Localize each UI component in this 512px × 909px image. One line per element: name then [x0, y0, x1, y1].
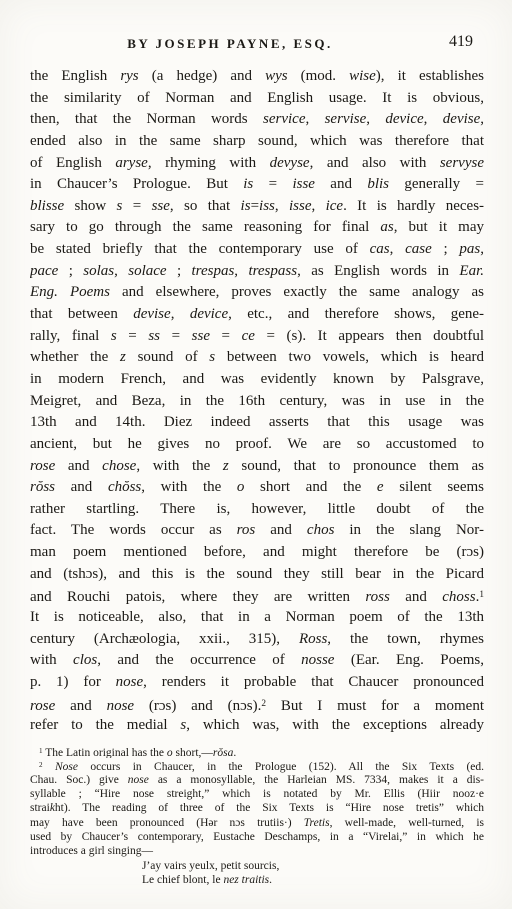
text-line: ancient, but he gives no proof. We are s… — [30, 434, 484, 456]
text-line: of English aryse, rhyming with devyse, a… — [30, 153, 484, 175]
text-line: used by Chaucer’s contemporary, Eustache… — [30, 830, 484, 844]
footnote-2: 2 Nose occurs in Chaucer, in the Prologu… — [30, 758, 484, 858]
scanned-book-page: BY JOSEPH PAYNE, ESQ. 419 the English ry… — [0, 0, 512, 909]
text-line: be stated briefly that the contemporary … — [30, 239, 484, 261]
text-line: century (Archæologia, xxii., 315), Ross,… — [30, 629, 484, 651]
page-number: 419 — [449, 33, 473, 51]
text-line: Meigret, and Beza, in the 16th century, … — [30, 391, 484, 413]
text-line: rather startling. There is, however, lit… — [30, 499, 484, 521]
text-line: pace ; solas, solace ; trespas, trespass… — [30, 261, 484, 283]
text-line: Eng. Poems and elsewhere, proves exactly… — [30, 282, 484, 304]
text-line: 2 Nose occurs in Chaucer, in the Prologu… — [30, 758, 484, 772]
footnotes-section: 1 The Latin original has the o short,—rŏ… — [30, 744, 484, 887]
text-line: It is noticeable, also, that in a Norman… — [30, 607, 484, 629]
text-line: introduces a girl singing— — [30, 844, 484, 858]
text-line: may have been pronounced (Hər nɔs trutii… — [30, 816, 484, 830]
text-line: 1 The Latin original has the o short,—rŏ… — [30, 744, 484, 758]
text-line: in modern French, and was evidently know… — [30, 369, 484, 391]
text-line: refer to the medial s, which was, with t… — [30, 715, 484, 737]
running-header-title: BY JOSEPH PAYNE, ESQ. — [127, 36, 333, 52]
text-line: rŏss and chŏss, with the o short and the… — [30, 477, 484, 499]
text-line: that between devise, device, etc., and t… — [30, 304, 484, 326]
text-line: Le chief blont, le nez traitis. — [30, 873, 484, 887]
text-line: and Rouchi patois, where they are writte… — [30, 585, 484, 607]
text-line: syllable ; “Hire nose streight,” which i… — [30, 787, 484, 801]
text-line: J’ay vairs yeulx, petit sourcis, — [30, 859, 484, 873]
body-text: the English rys (a hedge) and wys (mod. … — [30, 66, 484, 737]
text-line: rally, final s = ss = sse = ce = (s). It… — [30, 326, 484, 348]
text-line: with clos, and the occurrence of nosse (… — [30, 650, 484, 672]
text-line: and (tshɔs), and this is the sound they … — [30, 564, 484, 586]
text-line: whether the z sound of s between two vow… — [30, 347, 484, 369]
text-line: ended also in the same sharp sound, whic… — [30, 131, 484, 153]
text-line: fact. The words occur as ros and chos in… — [30, 520, 484, 542]
text-line: rose and chose, with the z sound, that t… — [30, 456, 484, 478]
text-line: straikht). The reading of three of the S… — [30, 801, 484, 815]
text-line: Chau. Soc.) give nose as a monosyllable,… — [30, 773, 484, 787]
footnote-verse: J’ay vairs yeulx, petit sourcis,Le chief… — [30, 859, 484, 888]
text-line: 13th and 14th. Diez indeed asserts that … — [30, 412, 484, 434]
text-line: man poem mentioned before, and might the… — [30, 542, 484, 564]
text-line: the similarity of Norman and English usa… — [30, 88, 484, 110]
text-line: in Chaucer’s Prologue. But is = isse and… — [30, 174, 484, 196]
text-line: sary to go through the same reasoning fo… — [30, 217, 484, 239]
text-line: p. 1) for nose, renders it probable that… — [30, 672, 484, 694]
footnote-1: 1 The Latin original has the o short,—rŏ… — [30, 744, 484, 758]
text-line: then, that the Norman words service, ser… — [30, 109, 484, 131]
text-line: the English rys (a hedge) and wys (mod. … — [30, 66, 484, 88]
text-line: blisse show s = sse, so that is=iss, iss… — [30, 196, 484, 218]
text-line: rose and nose (rɔs) and (nɔs).2 But I mu… — [30, 694, 484, 716]
